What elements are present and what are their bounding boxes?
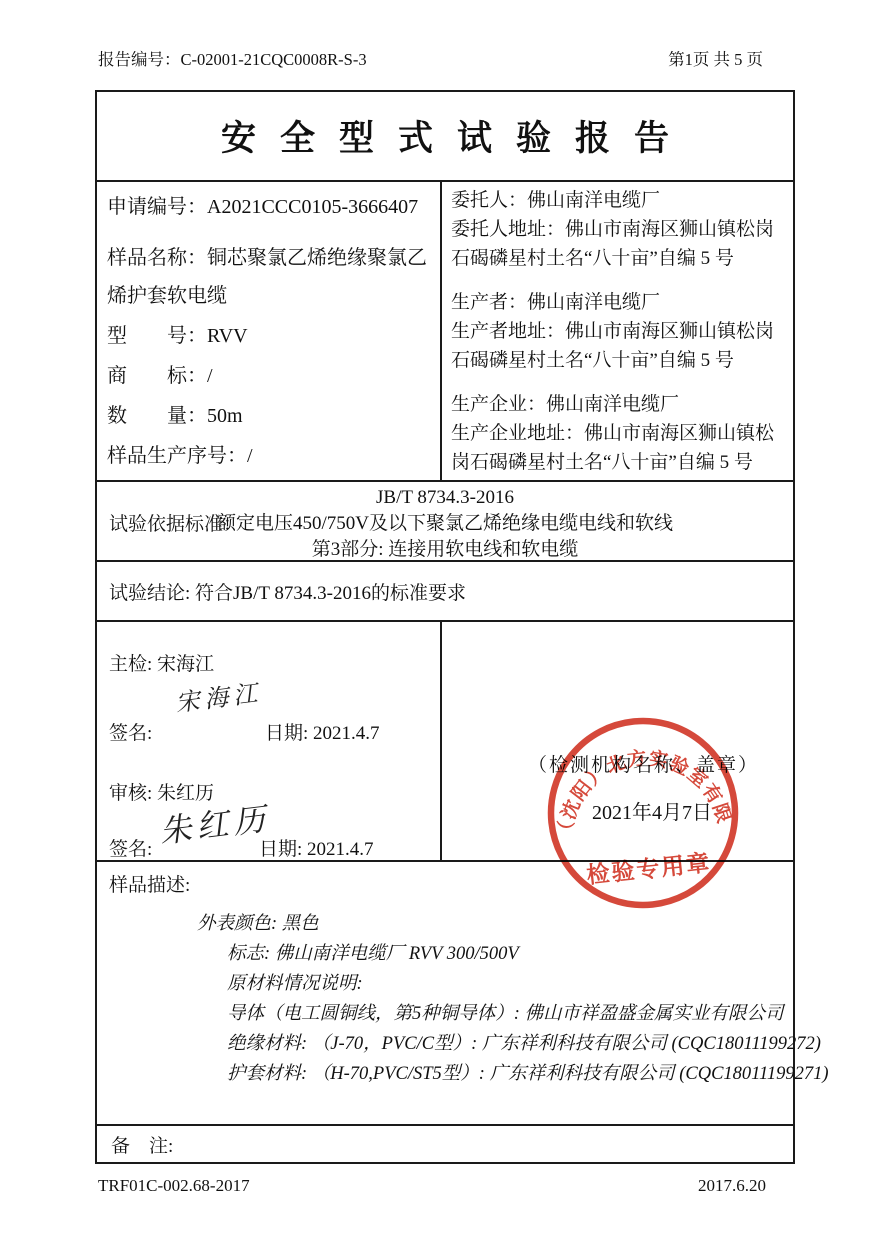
manufacturer-group: 生产企业：佛山南洋电缆厂 生产企业地址：佛山市南海区狮山镇松岗石碣磷星村土名“八…: [451, 390, 791, 477]
manufacturer-address: 生产企业地址：佛山市南海区狮山镇松岗石碣磷星村土名“八十亩”自编 5 号: [451, 419, 791, 477]
test-standard-row: 试验依据标准： JB/T 8734.3-2016 额定电压450/750V及以下…: [97, 482, 793, 562]
application-number: 申请编号：A2021CCC0105-3666407: [107, 188, 428, 226]
signature-cell: 主检: 宋海江 宋海江 签名: 日期: 2021.4.7 审核: 朱红历 朱红历…: [97, 622, 442, 860]
footer-date: 2017.6.20: [698, 1176, 766, 1196]
consignor-address: 委托人地址：佛山市南海区狮山镇松岗石碣磷星村土名“八十亩”自编 5 号: [451, 215, 791, 273]
stamp-date: 2021年4月7日: [592, 796, 712, 825]
page-header: 报告编号：C-02001-21CQC0008R-S-3 第1页 共 5 页: [98, 46, 763, 70]
trademark: 商 标：/: [107, 357, 428, 395]
sign-label-2: 签名:: [109, 834, 152, 861]
sample-description-row: 样品描述: 外表颜色: 黑色 标志: 佛山南洋电缆厂 RVV 300/500V …: [97, 862, 793, 1126]
org-stamp-cell: （检测机构名称、盖章） 2021年4月7日: [442, 622, 793, 860]
producer-address: 生产者地址：佛山市南海区狮山镇松岗石碣磷星村土名“八十亩”自编 5 号: [451, 317, 791, 375]
quantity: 数 量：50m: [107, 397, 428, 435]
desc-insulation-material: 绝缘材料: （J-70，PVC/C型）: 广东祥利科技有限公司 (CQC1801…: [97, 1029, 793, 1059]
standard-part-line: 第3部分: 连接用软电线和软电缆: [97, 537, 793, 563]
page-footer: TRF01C-002.68-2017 2017.6.20: [98, 1176, 766, 1196]
desc-sheath-material: 护套材料: （H-70,PVC/ST5型）: 广东祥利科技有限公司 (CQC18…: [97, 1059, 793, 1089]
page-indicator: 第1页 共 5 页: [668, 46, 763, 70]
title-row: 安全型式试验报告: [97, 92, 793, 182]
desc-marking: 标志: 佛山南洋电缆厂 RVV 300/500V: [97, 939, 793, 969]
test-conclusion: 试验结论: 符合JB/T 8734.3-2016的标准要求: [109, 578, 466, 605]
consignor-group: 委托人：佛山南洋电缆厂 委托人地址：佛山市南海区狮山镇松岗石碣磷星村土名“八十亩…: [451, 186, 791, 273]
report-number: 报告编号：C-02001-21CQC0008R-S-3: [98, 46, 367, 70]
desc-conductor: 导体（电工圆铜线，第5种铜导体）: 佛山市祥盈盛金属实业有限公司: [97, 999, 793, 1029]
sample-description-title: 样品描述:: [97, 870, 793, 897]
manufacturer: 生产企业：佛山南洋电缆厂: [451, 390, 791, 419]
remarks-row: 备 注:: [97, 1126, 793, 1162]
sign-date-2: 日期: 2021.4.7: [259, 834, 374, 861]
sign-label-1: 签名:: [109, 718, 152, 745]
signature-row: 主检: 宋海江 宋海江 签名: 日期: 2021.4.7 审核: 朱红历 朱红历…: [97, 622, 793, 862]
model-number: 型 号：RVV: [107, 317, 428, 355]
test-standard-label: 试验依据标准：: [109, 509, 242, 536]
producer: 生产者：佛山南洋电缆厂: [451, 288, 791, 317]
remarks-label: 备 注:: [111, 1131, 173, 1158]
chief-inspector: 主检: 宋海江: [109, 649, 214, 676]
desc-raw-material-note: 原材料情况说明:: [97, 969, 793, 999]
sample-info-row: 申请编号：A2021CCC0105-3666407 样品名称：铜芯聚氯乙烯绝缘聚…: [97, 182, 793, 482]
sample-info-left-cell: 申请编号：A2021CCC0105-3666407 样品名称：铜芯聚氯乙烯绝缘聚…: [97, 182, 442, 480]
report-title: 安全型式试验报告: [197, 111, 693, 161]
producer-group: 生产者：佛山南洋电缆厂 生产者地址：佛山市南海区狮山镇松岗石碣磷星村土名“八十亩…: [451, 288, 791, 375]
sign-date-1: 日期: 2021.4.7: [265, 718, 380, 745]
sample-info-right-cell: 委托人：佛山南洋电缆厂 委托人地址：佛山市南海区狮山镇松岗石碣磷星村土名“八十亩…: [442, 182, 793, 480]
production-serial: 样品生产序号：/: [107, 437, 428, 475]
desc-surface-color: 外表颜色: 黑色: [97, 909, 793, 939]
org-name-note: （检测机构名称、盖章）: [528, 750, 759, 777]
inspector-signature: 宋海江: [173, 673, 264, 718]
sample-description-lines: 外表颜色: 黑色 标志: 佛山南洋电缆厂 RVV 300/500V 原材料情况说…: [97, 909, 793, 1089]
consignor: 委托人：佛山南洋电缆厂: [451, 186, 791, 215]
standard-code: JB/T 8734.3-2016: [97, 485, 793, 511]
test-conclusion-row: 试验结论: 符合JB/T 8734.3-2016的标准要求: [97, 562, 793, 622]
sample-name: 样品名称：铜芯聚氯乙烯绝缘聚氯乙烯护套软电缆: [107, 239, 428, 315]
report-table: 安全型式试验报告 申请编号：A2021CCC0105-3666407 样品名称：…: [95, 90, 795, 1164]
footer-form-code: TRF01C-002.68-2017: [98, 1176, 250, 1196]
